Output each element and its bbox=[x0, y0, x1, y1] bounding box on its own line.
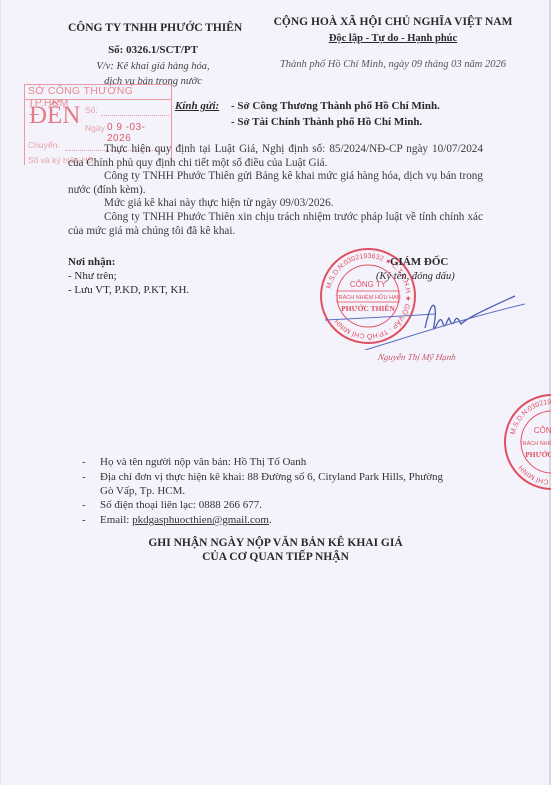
submitter-email-label: Email: bbox=[100, 514, 129, 526]
signer-title: GIÁM ĐỐC bbox=[390, 256, 448, 268]
receipt-section-title-2: CỦA CƠ QUAN TIẾP NHẬN bbox=[0, 551, 551, 563]
body-paragraph: Công ty TNHH Phước Thiên xin chịu trách … bbox=[68, 211, 483, 238]
national-title: CỘNG HOÀ XÃ HỘI CHỦ NGHĨA VIỆT NAM bbox=[248, 16, 538, 28]
submitter-address-line2: Gò Vấp, Tp. HCM. bbox=[100, 485, 185, 497]
submitter-email-row: -Email: pkdgasphuocthien@gmail.com. bbox=[82, 514, 272, 526]
company-seal-partial-icon: M.S.D.N:0302193632 ★ C.T.N.H.H ★ GÒ VẤP … bbox=[502, 392, 551, 492]
company-name: CÔNG TY TNHH PHƯỚC THIÊN bbox=[68, 22, 238, 34]
distribution-label: Nơi nhận: bbox=[68, 256, 115, 268]
submitter-address-label: Địa chỉ đơn vị thực hiện kê khai: bbox=[100, 471, 245, 483]
submitter-name-label: Họ và tên người nộp văn bản: bbox=[100, 456, 231, 468]
place-and-date: Thành phố Hồ Chí Minh, ngày 09 tháng 03 … bbox=[248, 59, 538, 70]
document-number: Số: 0326.1/SCT/PT bbox=[68, 44, 238, 56]
signature-note: (Ký tên, đóng dấu) bbox=[376, 271, 455, 282]
stamp-ngay-label: Ngày bbox=[85, 123, 105, 133]
recipient-item: - Sở Công Thương Thành phố Hồ Chí Minh. bbox=[231, 100, 440, 112]
stamp-chuyen-label: Chuyển: bbox=[28, 140, 60, 150]
submitter-address-line1: 88 Đường số 6, Cityland Park Hills, Phườ… bbox=[247, 471, 443, 483]
submitter-phone-label: Số điện thoại liên lạc: bbox=[100, 499, 196, 511]
submitter-name: Hồ Thị Tố Oanh bbox=[234, 456, 307, 468]
receipt-section-title-1: GHI NHẬN NGÀY NỘP VĂN BẢN KÊ KHAI GIÁ bbox=[0, 537, 551, 549]
national-motto: Độc lập - Tự do - Hạnh phúc bbox=[248, 33, 538, 44]
svg-text:CÔNG TY: CÔNG TY bbox=[534, 426, 551, 435]
stamp-den-label: ĐẾN bbox=[29, 102, 80, 130]
stamp-so-label: Số: bbox=[85, 105, 98, 115]
paragraph-text: Công ty TNHH Phước Thiên xin chịu trách … bbox=[68, 211, 483, 237]
stamp-divider bbox=[25, 99, 171, 100]
email-suffix: . bbox=[269, 514, 272, 526]
handwritten-signature-icon bbox=[325, 290, 525, 350]
submitter-name-row: -Họ và tên người nộp văn bản: Hồ Thị Tố … bbox=[82, 456, 306, 468]
paragraph-text: Công ty TNHH Phước Thiên gửi Bảng kê kha… bbox=[68, 170, 483, 196]
paragraph-text: Thực hiện quy định tại Luật Giá, Nghị đị… bbox=[68, 143, 483, 169]
svg-text:TRÁCH NHIỆM HỮU HẠN: TRÁCH NHIỆM HỮU HẠN bbox=[519, 439, 551, 447]
paragraph-text: Mức giá kê khai này thực hiện từ ngày 09… bbox=[104, 197, 333, 209]
distribution-item: - Lưu VT, P.KD, P.KT, KH. bbox=[68, 284, 189, 296]
body-paragraph: Công ty TNHH Phước Thiên gửi Bảng kê kha… bbox=[68, 170, 483, 197]
signer-name: Nguyễn Thị Mỹ Hạnh bbox=[377, 352, 457, 362]
subject-line-1: V/v: Kê khai giá hàng hóa, bbox=[68, 61, 238, 72]
motto-text: Độc lập - Tự do - Hạnh phúc bbox=[329, 33, 457, 44]
submitter-address-row: -Địa chỉ đơn vị thực hiện kê khai: 88 Đư… bbox=[82, 471, 443, 483]
recipients-label: Kính gửi: bbox=[175, 100, 219, 112]
body-paragraph: Mức giá kê khai này thực hiện từ ngày 09… bbox=[68, 197, 483, 211]
svg-text:PHƯỚC THIÊN: PHƯỚC THIÊN bbox=[525, 449, 551, 459]
submitter-phone-row: -Số điện thoại liên lạc: 0888 266 677. bbox=[82, 499, 262, 511]
submitter-phone: 0888 266 677. bbox=[199, 499, 262, 511]
distribution-item: - Như trên; bbox=[68, 270, 117, 282]
stamp-so-dots bbox=[101, 114, 169, 116]
body-paragraph: Thực hiện quy định tại Luật Giá, Nghị đị… bbox=[68, 143, 483, 170]
submitter-email-link[interactable]: pkdgasphuocthien@gmail.com bbox=[132, 514, 269, 526]
stamp-date: 0 9 -03- 2026 bbox=[107, 122, 171, 144]
recipient-item: - Sở Tài Chính Thành phố Hồ Chí Minh. bbox=[231, 116, 422, 128]
page-left-edge bbox=[0, 0, 1, 785]
